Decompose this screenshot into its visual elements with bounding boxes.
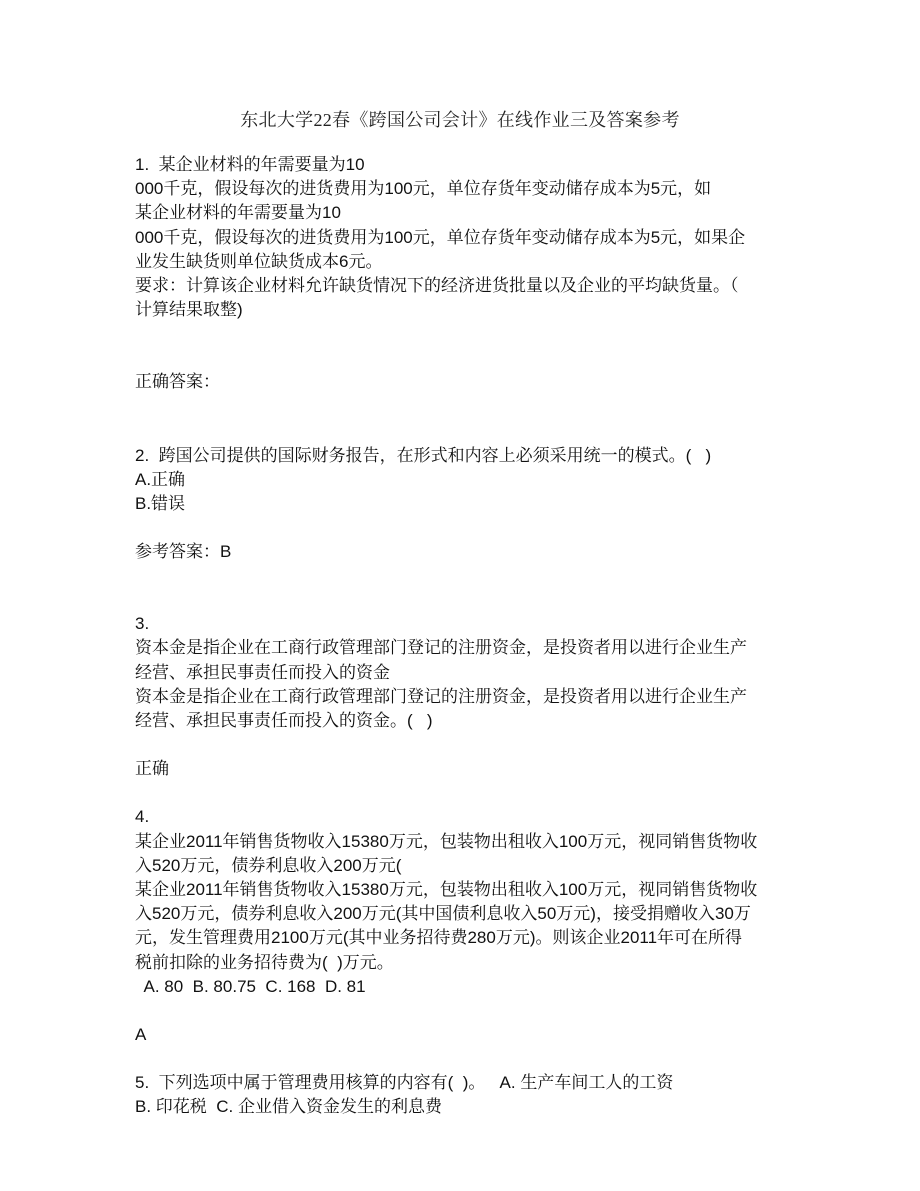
spacer <box>135 781 795 805</box>
question-text-line: 000千克，假设每次的进货费用为100元，单位存货年变动储存成本为5元，如 <box>135 177 795 201</box>
question-text-line: 经营、承担民事责任而投入的资金 <box>135 661 795 685</box>
question-text-line: 要求：计算该企业材料允许缺货情况下的经济进货批量以及企业的平均缺货量。（ <box>135 274 795 298</box>
answer-label: 正确 <box>135 757 795 781</box>
question-text-line: 资本金是指企业在工商行政管理部门登记的注册资金，是投资者用以进行企业生产 <box>135 636 795 660</box>
question-3: 3. 资本金是指企业在工商行政管理部门登记的注册资金，是投资者用以进行企业生产 … <box>135 612 795 781</box>
question-text-line: 5. 下列选项中属于管理费用核算的内容有( )。 A. 生产车间工人的工资 <box>135 1071 795 1095</box>
question-text-line: 000千克，假设每次的进货费用为100元，单位存货年变动储存成本为5元，如果企 <box>135 226 795 250</box>
spacer <box>135 999 795 1023</box>
question-text-line: 某企业材料的年需要量为10 <box>135 201 795 225</box>
question-text-line: 资本金是指企业在工商行政管理部门登记的注册资金，是投资者用以进行企业生产 <box>135 685 795 709</box>
question-text-line: 入520万元，债券利息收入200万元(其中国债利息收入50万元)，接受捐赠收入3… <box>135 902 795 926</box>
question-text-line: B. 印花税 C. 企业借入资金发生的利息费 <box>135 1095 795 1119</box>
document-title: 东北大学22春《跨国公司会计》在线作业三及答案参考 <box>0 108 920 132</box>
option-a: A.正确 <box>135 468 795 492</box>
question-text-line: 经营、承担民事责任而投入的资金。( ) <box>135 709 795 733</box>
question-text-line: 业发生缺货则单位缺货成本6元。 <box>135 250 795 274</box>
answer-label: 参考答案：B <box>135 540 795 564</box>
spacer <box>135 1047 795 1071</box>
document-page: 东北大学22春《跨国公司会计》在线作业三及答案参考 1. 某企业材料的年需要量为… <box>0 0 920 1191</box>
question-text-line: 2. 跨国公司提供的国际财务报告，在形式和内容上必须采用统一的模式。( ) <box>135 444 795 468</box>
options-line: A. 80 B. 80.75 C. 168 D. 81 <box>135 975 795 999</box>
question-text-line: 3. <box>135 612 795 636</box>
question-text-line: 元，发生管理费用2100万元(其中业务招待费280万元)。则该企业2011年可在… <box>135 926 795 950</box>
spacer <box>135 733 795 757</box>
spacer <box>135 516 795 540</box>
question-2: 2. 跨国公司提供的国际财务报告，在形式和内容上必须采用统一的模式。( ) A.… <box>135 444 795 565</box>
question-1: 1. 某企业材料的年需要量为10 000千克，假设每次的进货费用为100元，单位… <box>135 153 795 395</box>
question-text-line: 某企业2011年销售货物收入15380万元，包装物出租收入100万元，视同销售货… <box>135 830 795 854</box>
question-text-line: 计算结果取整) <box>135 298 795 322</box>
document-body: 1. 某企业材料的年需要量为10 000千克，假设每次的进货费用为100元，单位… <box>135 153 795 1119</box>
question-text-line: 某企业2011年销售货物收入15380万元，包装物出租收入100万元，视同销售货… <box>135 878 795 902</box>
answer-label: A <box>135 1023 795 1047</box>
spacer <box>135 564 795 612</box>
question-text-line: 入520万元，债券利息收入200万元( <box>135 854 795 878</box>
option-b: B.错误 <box>135 492 795 516</box>
question-4: 4. 某企业2011年销售货物收入15380万元，包装物出租收入100万元，视同… <box>135 805 795 1047</box>
question-5: 5. 下列选项中属于管理费用核算的内容有( )。 A. 生产车间工人的工资 B.… <box>135 1071 795 1119</box>
spacer <box>135 322 795 370</box>
answer-label: 正确答案： <box>135 370 795 394</box>
question-text-line: 税前扣除的业务招待费为( )万元。 <box>135 951 795 975</box>
question-text-line: 1. 某企业材料的年需要量为10 <box>135 153 795 177</box>
question-text-line: 4. <box>135 805 795 829</box>
spacer <box>135 395 795 444</box>
